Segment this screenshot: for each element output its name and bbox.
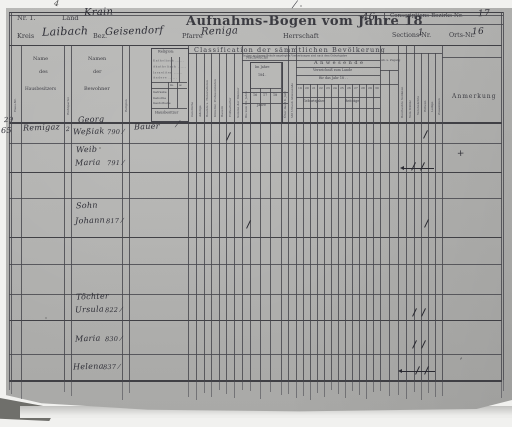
- grid-line: [398, 45, 399, 380]
- grid-line: [64, 45, 65, 380]
- resident-birthyear: 790 ⁄: [107, 129, 124, 136]
- mini-box-footer: Hausbesitzer: [155, 111, 178, 114]
- owner-col-line2: des: [39, 70, 48, 75]
- rotated-column-label: Künstler, Professionisten: [214, 79, 217, 117]
- rotated-column-label: Beamte u. Honoratioren: [206, 80, 209, 117]
- sections-label: Sections-Nr.: [392, 33, 431, 39]
- strike-mark: [401, 371, 435, 372]
- resident-name: Helena: [73, 362, 104, 371]
- anwesende-year-number: 30: [375, 87, 379, 90]
- grid-line: [331, 84, 332, 380]
- scanned-census-form: 4 ⁄ Nr. 1. Land Krain Conscriptions-Bezi…: [0, 0, 512, 427]
- grid-line: [288, 380, 289, 394]
- resident-name: Töchter: [76, 292, 109, 301]
- herrschaft-label: Herrschaft: [283, 33, 319, 40]
- grid-line: [196, 380, 197, 400]
- grid-line: [345, 380, 346, 398]
- owner-mark: 2: [66, 127, 70, 133]
- nachwuchs-year-number: 17: [263, 94, 267, 97]
- rotated-column-label: Witwen: [424, 101, 427, 112]
- grid-line: [11, 380, 12, 394]
- grid-line: [242, 45, 243, 380]
- rotated-column-label: Vom Militär: [409, 100, 412, 118]
- grid-line: [352, 380, 353, 391]
- grid-line: [211, 53, 212, 380]
- anwesende-year-number: 19: [298, 87, 302, 90]
- form-number-label: Nr. 1.: [17, 15, 35, 22]
- grid-line: [303, 84, 304, 380]
- residents-col-line2: der: [93, 70, 102, 75]
- grid-line: [9, 380, 10, 390]
- residents-col-line1: Namen: [88, 57, 106, 62]
- grid-line: [310, 84, 311, 380]
- grid-line: [303, 380, 304, 396]
- anmerkung-mark2: ʹ: [460, 358, 463, 366]
- grid-line: [384, 24, 503, 25]
- anwesende-year-number: 23: [326, 87, 330, 90]
- grid-line: [281, 380, 282, 395]
- pencil-mark: 4: [54, 0, 60, 8]
- grid-line: [421, 380, 422, 400]
- grid-line: [324, 380, 325, 397]
- grid-line: [250, 380, 251, 391]
- mini-col-w: w.: [179, 84, 182, 87]
- grid-line: [352, 84, 353, 380]
- pfarre-label: Pfarre: [182, 33, 203, 40]
- nachwuchs-sub1: Im Jahre: [255, 66, 269, 69]
- grid-line: [442, 45, 443, 380]
- rotated-column-label: Religion: [125, 99, 128, 112]
- rotated-column-label: Bauern: [221, 106, 224, 117]
- grid-line: [122, 380, 123, 400]
- grid-line: [71, 45, 72, 380]
- grid-line: [288, 45, 289, 380]
- rotated-column-label: Ledige: [431, 102, 434, 112]
- grid-line: [296, 75, 380, 76]
- strike-mark: [403, 168, 434, 169]
- resident-birthyear: 791 ⁄: [107, 160, 124, 167]
- grid-line: [196, 53, 197, 380]
- grid-line: [435, 380, 436, 397]
- grid-line: [260, 380, 261, 399]
- grid-line: [428, 53, 429, 380]
- grid-line: [188, 45, 189, 380]
- anwesende-line4: für das Jahr 18 . .: [319, 77, 348, 80]
- anmerkung-mark: +: [457, 150, 465, 159]
- anwesende-footer1: Geburtsjahre: [303, 100, 325, 103]
- grid-line: [501, 380, 502, 398]
- rotated-column-label: Geistliche: [191, 102, 194, 117]
- grid-line: [129, 45, 130, 380]
- grid-line: [406, 45, 407, 380]
- grid-line: [366, 380, 367, 399]
- grid-line: [338, 84, 339, 380]
- grid-line: [373, 84, 374, 380]
- grid-line: [242, 60, 380, 61]
- religion-row: Katholisch ......: [153, 59, 184, 63]
- grid-line: [296, 45, 297, 380]
- grid-line: [122, 45, 123, 380]
- residents-col-line3: Bewohner: [84, 87, 110, 92]
- bezirk-value: Geisendorf: [105, 26, 164, 38]
- grid-line: [366, 84, 367, 380]
- orts-value: 16: [472, 28, 484, 37]
- grid-line: [234, 380, 235, 398]
- anwesende-line3: Verzeichniß zum Lande: [313, 69, 352, 72]
- grid-line: [296, 84, 398, 85]
- sections-value: 1: [418, 29, 424, 38]
- resident-name: Maria: [75, 335, 101, 344]
- resident-name: Sohn: [76, 202, 98, 211]
- resident-birthyear: 822 ⁄: [105, 307, 122, 314]
- grid-line: [9, 15, 503, 16]
- rotated-column-label: Hilfsarbeiter: [229, 98, 232, 117]
- grid-line: [296, 67, 380, 68]
- grid-line: [359, 380, 360, 395]
- grid-line: [9, 12, 503, 13]
- resident-birthyear: 830 ⁄: [105, 336, 122, 343]
- rotated-column-label: Mit Urlaub Abwesende: [291, 83, 294, 118]
- pfarre-value: Reniga: [201, 26, 239, 37]
- rotated-column-label: Wohnpartei: [67, 97, 70, 115]
- grid-line: [219, 53, 220, 380]
- grid-line: [129, 380, 130, 393]
- anwesende-year-number: 29: [368, 87, 372, 90]
- grid-line: [204, 380, 205, 393]
- grid-line: [21, 380, 22, 399]
- resident-name: Johann: [75, 216, 105, 225]
- owner-col-line3: Hausbesitzers: [25, 87, 56, 91]
- grid-line: [219, 380, 220, 390]
- grid-line: [242, 380, 243, 390]
- owner-name: Remigaz: [23, 123, 60, 132]
- grid-line: [414, 380, 415, 392]
- grid-line: [435, 53, 436, 380]
- grid-line: [21, 45, 22, 380]
- rotated-column-label: Adelige: [199, 106, 202, 117]
- vital-row: Getraute: [153, 91, 167, 94]
- grid-line: [428, 380, 429, 393]
- grid-line: [406, 380, 407, 399]
- grid-line: [501, 12, 502, 380]
- grid-line: [380, 45, 381, 380]
- grid-line: [11, 12, 12, 380]
- resident-name: Maria: [75, 159, 101, 168]
- nachwuchs-unit: Jahre: [257, 104, 266, 107]
- rotated-column-label: Summe der Männer: [237, 88, 240, 118]
- nachwuchs-sub2: 184 .: [258, 74, 266, 77]
- grid-line: [324, 84, 325, 380]
- anwesende-year-number: 20: [305, 87, 309, 90]
- resident-name: Ursula: [75, 305, 104, 314]
- resident-name: Weib: [76, 146, 97, 155]
- land-label: Land: [62, 15, 79, 22]
- grid-line: [270, 88, 271, 380]
- nachwuchs-year-number: 18: [273, 94, 277, 97]
- occupation: Bauer: [134, 123, 160, 132]
- resident-birthyear: 817 ⁄: [106, 218, 123, 225]
- grid-line: [317, 380, 318, 393]
- religion-row: Akatholisch ......: [153, 65, 186, 69]
- grid-line: [331, 380, 332, 390]
- grid-line: [389, 70, 390, 380]
- owner-col-line1: Name: [33, 57, 48, 62]
- grid-line: [359, 84, 360, 380]
- rotated-column-label: Beurlaubte Soldaten: [401, 87, 404, 118]
- rotated-column-label: Bis zum 14. Jahre: [245, 91, 248, 118]
- grid-line: [442, 57, 502, 58]
- grid-line: [250, 88, 281, 89]
- grid-line: [414, 45, 415, 380]
- anwesende-year-number: 24: [333, 87, 337, 90]
- grid-line: [310, 380, 311, 400]
- grid-line: [226, 380, 227, 394]
- vital-row: Gestorbene: [153, 102, 171, 105]
- grid-line: [503, 380, 504, 391]
- grid-line: [442, 380, 443, 396]
- grid-line: [296, 380, 297, 398]
- rotated-column-label: Verehelichte: [417, 96, 420, 115]
- grid-line: [71, 380, 72, 396]
- anwesende-year-number: 25: [340, 87, 344, 90]
- grid-line: [317, 84, 318, 380]
- vital-row: Geborne: [153, 97, 166, 100]
- grid-line: [398, 380, 399, 395]
- nachwuchs-year-number: 16: [253, 94, 257, 97]
- grid-line: [260, 88, 261, 380]
- anwesende-year-number: 27: [354, 87, 358, 90]
- anwesende-year-number: 21: [312, 87, 316, 90]
- anwesende-year-number: 22: [319, 87, 323, 90]
- grid-line: [389, 380, 390, 396]
- grid-line: [345, 84, 346, 380]
- grid-line: [373, 380, 374, 392]
- anmerkung-label: Anmerkung: [452, 94, 497, 100]
- resident-name: Georg: [78, 116, 105, 125]
- grid-line: [188, 380, 189, 397]
- rotated-column-label: Über das 18. Jahr: [284, 91, 287, 118]
- anwesende-year-number: 28: [361, 87, 365, 90]
- resident-name: Weßiak: [73, 127, 105, 136]
- grid-line: [9, 12, 10, 380]
- grid-line: [270, 380, 271, 392]
- grid-line: [384, 12, 385, 24]
- religion-box-title: Religion:: [158, 50, 174, 54]
- grid-line: [9, 45, 502, 46]
- kreis-label: Kreis: [17, 33, 34, 40]
- grid-line: [421, 53, 422, 380]
- anwesende-line2: Anwesende: [314, 61, 365, 66]
- kreis-value: Laibach: [42, 25, 89, 38]
- grid-line: [64, 380, 65, 392]
- grid-line: [380, 380, 381, 391]
- rotated-column-label: Zusammen: [438, 98, 441, 115]
- anwesende-year-number: 26: [347, 87, 351, 90]
- religion-row: Israeliten ......: [153, 71, 183, 75]
- grid-line: [338, 380, 339, 394]
- grid-line: [234, 53, 235, 380]
- rotated-column-label: Haus-Nr.: [14, 98, 17, 112]
- resident-birthyear: 837 ⁄: [103, 364, 120, 371]
- religion-row: Andere ......: [153, 76, 177, 80]
- grid-line: [503, 12, 504, 380]
- mini-col-m: m.: [170, 84, 174, 87]
- orts-label: Orts-Nr.: [449, 33, 475, 39]
- grid-line: [211, 380, 212, 397]
- grid-line: [281, 62, 282, 380]
- grid-line: [226, 53, 227, 380]
